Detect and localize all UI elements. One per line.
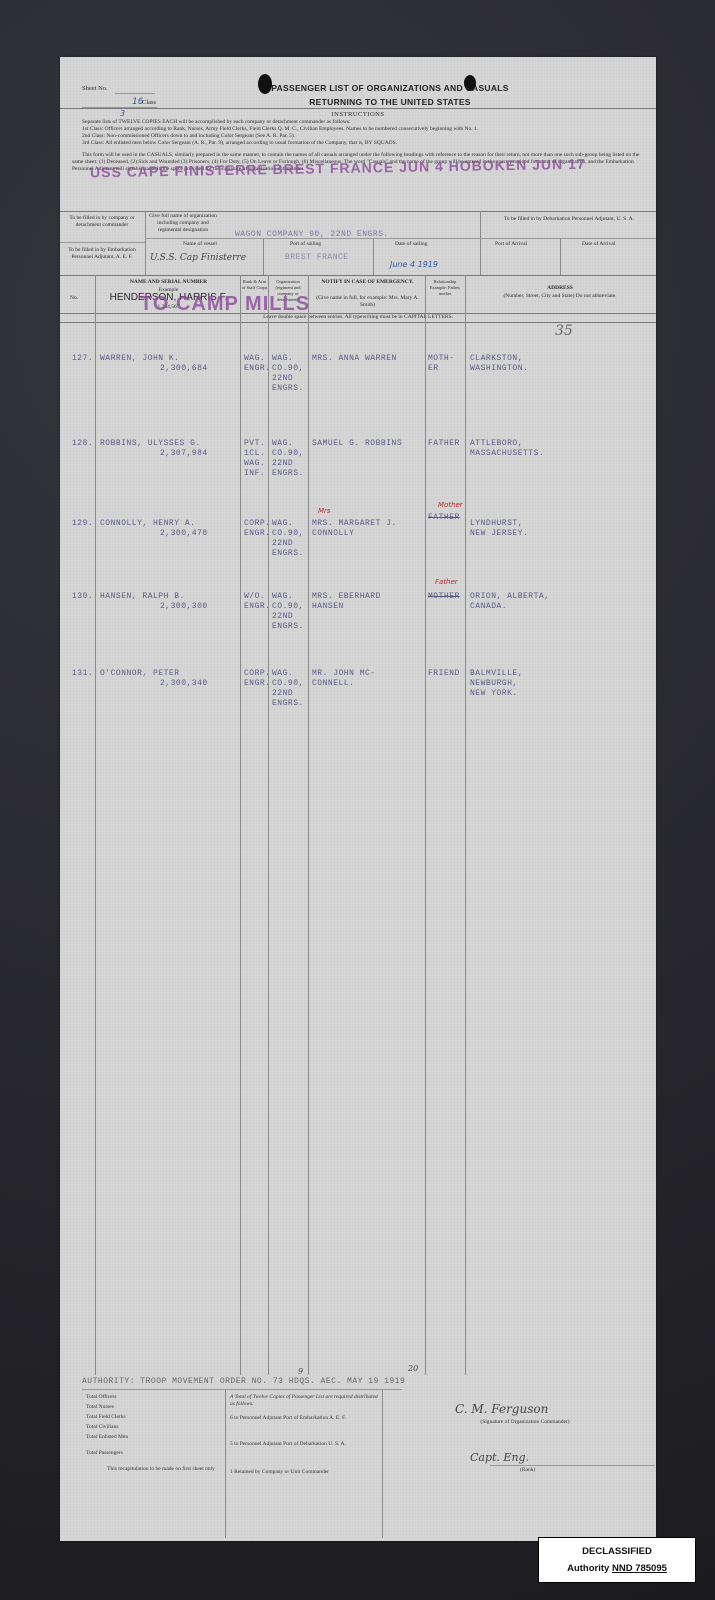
entry-name: WARREN, JOHN K.: [100, 354, 180, 364]
col-header-notify: NOTIFY IN CASE OF EMERGENCY.: [310, 279, 425, 286]
entry-notify: SAMUEL G. ROBBINS: [312, 439, 402, 449]
entry-rank: CORP. ENGR.: [244, 669, 271, 689]
signature-label: (Signature of Organization Commander): [425, 1419, 625, 1426]
entry-serial: 2,300,340: [160, 679, 208, 689]
commander-rank: Capt. Eng.: [470, 1451, 529, 1464]
entry-org: WAG. CO.90, 22ND ENGRS.: [272, 439, 304, 479]
date-sailing-value: June 4 1919: [390, 260, 438, 269]
entry-address: LYNDHURST, NEW JERSEY.: [470, 519, 528, 539]
entry-notify: MRS. ANNA WARREN: [312, 354, 397, 364]
passenger-list-sheet: Sheet No. 16 Class 3 PASSENGER LIST OF O…: [60, 57, 656, 1541]
entry-no: 128.: [72, 439, 93, 449]
entry-relationship: MOTH- ER: [428, 354, 455, 374]
port-sailing-label: Port of sailing: [290, 241, 321, 248]
vessel-label: Name of vessel: [183, 241, 217, 248]
punch-hole-mark: [464, 75, 476, 91]
col-header-relationship: Relationship Example: Father, mother: [426, 279, 464, 297]
copies-retained: 1 Retained by Company or Unit Commander: [230, 1469, 380, 1476]
authority-day-correction: 20: [408, 1364, 418, 1373]
entry-notify: MRS. EBERHARD HANSEN: [312, 592, 381, 612]
entry-org: WAG. CO.90, 22ND ENGRS.: [272, 519, 304, 559]
col-header-notify-sub: (Give name in full, for example: Mrs. Ma…: [310, 295, 425, 309]
copies-heading: A Total of Twelve Copies of Passenger Li…: [230, 1394, 380, 1408]
entry-serial: 2,300,478: [160, 529, 208, 539]
org-label: Give full name of organization including…: [148, 213, 218, 234]
recap-note: This recapitulation to be made on first …: [86, 1466, 236, 1473]
entry-name: O'CONNOR, PETER: [100, 669, 180, 679]
entry-name: ROBBINS, ULYSSES G.: [100, 439, 201, 449]
col-header-address: ADDRESS: [466, 285, 654, 292]
entry-relationship: FATHER: [428, 513, 460, 523]
entry-notify: MR. JOHN MC- CONNELL.: [312, 669, 376, 689]
title-line-2: RETURNING TO THE UNITED STATES: [180, 97, 600, 107]
entry-org: WAG. CO.90, 22ND ENGRS.: [272, 354, 304, 394]
entry-relationship: FRIEND: [428, 669, 460, 679]
entry-address: ORION, ALBERTA, CANADA.: [470, 592, 550, 612]
date-arrival-label: Date of Arrival: [582, 241, 615, 248]
title-line-1: PASSENGER LIST OF ORGANIZATIONS AND CASU…: [180, 83, 600, 93]
total-officers: Total Officers: [86, 1394, 236, 1401]
entry-org: WAG. CO.90, 22ND ENGRS.: [272, 592, 304, 632]
commander-signature: C. M. Ferguson: [455, 1402, 548, 1416]
nnd-authority-id: NND 785095: [612, 1563, 667, 1574]
punch-hole-mark: [258, 74, 272, 94]
relationship-correction: Mother: [438, 501, 463, 509]
entry-relationship: MOTHER: [428, 592, 460, 602]
entry-no: 130.: [72, 592, 93, 602]
entry-no: 131.: [72, 669, 93, 679]
class-label: Class: [142, 99, 156, 107]
copies-embarkation: 6 to Personnel Adjutant Port of Embarkat…: [230, 1415, 380, 1422]
entry-notify: MRS. MARGARET J. CONNOLLY: [312, 519, 397, 539]
copies-debarkation: 5 to Personnel Adjutant Port of Debarkat…: [230, 1441, 380, 1448]
spacing-note: Leave double space between entries. All …: [60, 314, 656, 321]
instructions-heading: INSTRUCTIONS: [60, 111, 656, 119]
entry-relationship: FATHER: [428, 439, 460, 449]
rank-label: (Rank): [520, 1467, 535, 1474]
entry-rank: CORP. ENGR.: [244, 519, 271, 539]
page-mark: 35: [555, 323, 573, 339]
total-civilians: Total Civilians: [86, 1424, 236, 1431]
entry-no: 127.: [72, 354, 93, 364]
authority-number-correction: 9: [298, 1367, 303, 1376]
sheet-no-label: Sheet No.: [82, 85, 108, 93]
entry-address: ATTLEBORO, MASSACHUSETTS.: [470, 439, 544, 459]
entry-serial: 2,300,300: [160, 602, 208, 612]
company-fill-label: To be filled in by company or detachment…: [62, 215, 142, 229]
entry-rank: W/O. ENGR.: [244, 592, 271, 612]
entry-org: WAG. CO.90, 22ND ENGRS.: [272, 669, 304, 709]
port-sailing-value: BREST FRANCE: [285, 253, 349, 263]
total-enlisted-men: Total Enlisted Men: [86, 1434, 236, 1441]
col-header-address-sub: (Number, Street, City and State) Do not …: [466, 293, 654, 300]
notify-correction: Mrs: [318, 507, 331, 515]
entry-serial: 2,307,984: [160, 449, 208, 459]
port-arrival-label: Port of Arrival: [495, 241, 527, 248]
entry-name: HANSEN, RALPH B.: [100, 592, 185, 602]
col-header-rank: Rank & Arm of Staff Corps: [241, 279, 268, 291]
total-nurses: Total Nurses: [86, 1404, 236, 1411]
relationship-correction: Father: [435, 578, 458, 586]
entry-address: CLARKSTON, WASHINGTON.: [470, 354, 528, 374]
declassified-label: DECLASSIFIED Authority NND 785095: [538, 1537, 696, 1583]
total-field-clerks: Total Field Clerks: [86, 1414, 236, 1421]
total-passengers: Total Passengers: [86, 1450, 236, 1457]
entry-address: BALMVILLE, NEWBURGH, NEW YORK.: [470, 669, 523, 699]
vessel-value: U.S.S. Cap Finisterre: [150, 253, 246, 263]
col-header-no: No.: [70, 295, 78, 302]
entry-serial: 2,300,684: [160, 364, 208, 374]
entry-rank: PVT. 1CL. WAG. INF.: [244, 439, 265, 479]
entry-name: CONNOLLY, HENRY A.: [100, 519, 195, 529]
debark-fill-label: To be filled in by Debarkation Personnel…: [485, 216, 653, 223]
embark-fill-label: To be filled in by Embarkation Personnel…: [62, 247, 142, 261]
totals-list: Total Officers Total Nurses Total Field …: [86, 1394, 236, 1473]
entry-no: 129.: [72, 519, 93, 529]
col-header-name: NAME AND SERIAL NUMBER: [96, 279, 241, 286]
date-sailing-label: Date of sailing: [395, 241, 427, 248]
entry-rank: WAG. ENGR.: [244, 354, 271, 374]
